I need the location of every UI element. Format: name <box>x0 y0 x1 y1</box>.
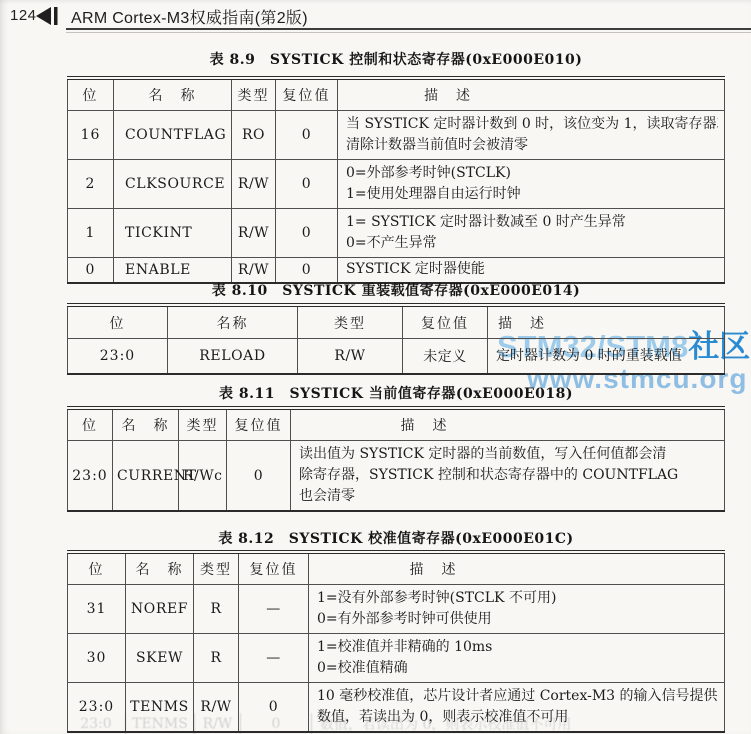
table-row: 1 TICKINT R/W 0 1= SYSTICK 定时器计数减至 0 时产生… <box>68 209 725 258</box>
cell-desc: 当 SYSTICK 定时器计数到 0 时，该位变为 1，读取寄存器或 清除计数器… <box>338 111 725 160</box>
cell-name: RELOAD <box>168 339 298 375</box>
desc-line: 读出值为 SYSTICK 定时器的当前数值，写入任何值都会清 <box>299 444 718 465</box>
desc-line: 0=有外部参考时钟可供使用 <box>317 609 718 630</box>
cell-reset: 0 <box>239 683 309 733</box>
cell-name: SKEW <box>126 634 194 683</box>
cell-reset: — <box>239 585 309 634</box>
table-systick-control-status: 位 名 称 类型 复位值 描 述 16 COUNTFLAG RO 0 当 SYS… <box>67 76 725 284</box>
col-header-desc: 描 述 <box>488 305 725 339</box>
cell-bit: 31 <box>68 585 126 634</box>
cell-type: R/W <box>298 339 403 375</box>
table-header-row: 位 名 称 类型 复位值 描 述 <box>68 552 725 585</box>
table-row: 16 COUNTFLAG RO 0 当 SYSTICK 定时器计数到 0 时，该… <box>68 111 725 160</box>
cell-desc: 0=外部参考时钟(STCLK) 1=使用处理器自由运行时钟 <box>338 160 725 209</box>
cell-bit: 16 <box>68 111 114 160</box>
desc-line: 1= SYSTICK 定时器计数减至 0 时产生异常 <box>346 212 718 233</box>
table-row: 23:0 CURRENT R/Wc 0 读出值为 SYSTICK 定时器的当前数… <box>68 441 725 512</box>
cell-type: R/Wc <box>179 441 227 512</box>
cell-bit: 2 <box>68 160 114 209</box>
cell-desc: 定时器计数为 0 时的重装载值 <box>488 339 725 375</box>
col-header-reset: 复位值 <box>403 305 488 339</box>
col-header-bit: 位 <box>68 78 114 111</box>
table-row: 30 SKEW R — 1=校准值并非精确的 10ms 0=校准值精确 <box>68 634 725 683</box>
cell-type: R/W <box>194 683 239 733</box>
page-marker-icon <box>36 7 60 25</box>
col-header-bit: 位 <box>68 408 113 441</box>
desc-line: 1=使用处理器自由运行时钟 <box>346 184 718 205</box>
col-header-type: 类型 <box>232 78 276 111</box>
col-header-desc: 描 述 <box>291 408 725 441</box>
cell-name: TENMS <box>126 683 194 733</box>
cell-type: R/W <box>232 160 276 209</box>
table-row: 2 CLKSOURCE R/W 0 0=外部参考时钟(STCLK) 1=使用处理… <box>68 160 725 209</box>
cell-reset: 0 <box>227 441 291 512</box>
cell-type: R <box>194 585 239 634</box>
table-systick-calibration: 位 名 称 类型 复位值 描 述 31 NOREF R — 1=没有外部参考时钟… <box>67 550 725 733</box>
table-row: 23:0 RELOAD R/W 未定义 定时器计数为 0 时的重装载值 <box>68 339 725 375</box>
col-header-name: 名称 <box>168 305 298 339</box>
col-header-type: 类型 <box>194 552 239 585</box>
page-number: 124 <box>10 7 37 24</box>
desc-line: 1=没有外部参考时钟(STCLK 不可用) <box>317 588 718 609</box>
desc-line: 0=校准值精确 <box>317 658 718 679</box>
cell-desc: 1=校准值并非精确的 10ms 0=校准值精确 <box>309 634 725 683</box>
book-title: ARM Cortex-M3权威指南(第2版) <box>71 5 308 28</box>
col-header-reset: 复位值 <box>276 78 338 111</box>
desc-line: SYSTICK 定时器使能 <box>346 259 718 280</box>
col-header-bit: 位 <box>68 305 168 339</box>
cell-name: CLKSOURCE <box>114 160 232 209</box>
table-title-8-9: 表 8.9 SYSTICK 控制和状态寄存器(0xE000E010) <box>67 49 725 69</box>
cell-desc: 读出值为 SYSTICK 定时器的当前数值，写入任何值都会清 除寄存器，SYST… <box>291 441 725 512</box>
cell-type: R <box>194 634 239 683</box>
cell-name: COUNTFLAG <box>114 111 232 160</box>
cell-type: R/W <box>232 209 276 258</box>
cell-name: CURRENT <box>113 441 179 512</box>
col-header-name: 名 称 <box>114 78 232 111</box>
cell-reset: 0 <box>276 111 338 160</box>
cell-bit: 23:0 <box>68 339 168 375</box>
table-title-8-10: 表 8.10 SYSTICK 重装载值寄存器(0xE000E014) <box>67 280 725 300</box>
col-header-reset: 复位值 <box>227 408 291 441</box>
cell-reset: 0 <box>276 160 338 209</box>
table-header-row: 位 名 称 类型 复位值 描 述 <box>68 408 725 441</box>
desc-line: 0=外部参考时钟(STCLK) <box>346 163 718 184</box>
desc-line: 除寄存器，SYSTICK 控制和状态寄存器中的 COUNTFLAG <box>299 465 718 486</box>
col-header-bit: 位 <box>68 552 126 585</box>
desc-line: 清除计数器当前值时会被清零 <box>346 135 718 156</box>
desc-line: 10 毫秒校准值，芯片设计者应通过 Cortex-M3 的输入信号提供该 <box>317 686 718 707</box>
col-header-desc: 描 述 <box>309 552 725 585</box>
cell-reset: 未定义 <box>403 339 488 375</box>
desc-line: 1=校准值并非精确的 10ms <box>317 637 718 658</box>
cell-reset: — <box>239 634 309 683</box>
cell-type: RO <box>232 111 276 160</box>
desc-line: 当 SYSTICK 定时器计数到 0 时，该位变为 1，读取寄存器或 <box>346 114 718 135</box>
desc-line: 数值，若读出为 0，则表示校准值不可用 <box>317 707 718 728</box>
col-header-name: 名 称 <box>126 552 194 585</box>
desc-line: 也会清零 <box>299 486 718 507</box>
cell-bit: 23:0 <box>68 441 113 512</box>
col-header-type: 类型 <box>298 305 403 339</box>
table-header-row: 位 名称 类型 复位值 描 述 <box>68 305 725 339</box>
table-systick-current: 位 名 称 类型 复位值 描 述 23:0 CURRENT R/Wc 0 读出值… <box>67 406 725 512</box>
col-header-name: 名 称 <box>113 408 179 441</box>
cell-bit: 1 <box>68 209 114 258</box>
cell-name: TICKINT <box>114 209 232 258</box>
col-header-type: 类型 <box>179 408 227 441</box>
cell-bit: 23:0 <box>68 683 126 733</box>
cell-bit: 30 <box>68 634 126 683</box>
table-title-8-11: 表 8.11 SYSTICK 当前值寄存器(0xE000E018) <box>67 383 725 403</box>
cell-reset: 0 <box>276 209 338 258</box>
cell-desc: 10 毫秒校准值，芯片设计者应通过 Cortex-M3 的输入信号提供该 数值，… <box>309 683 725 733</box>
table-row: 23:0 TENMS R/W 0 10 毫秒校准值，芯片设计者应通过 Corte… <box>68 683 725 733</box>
desc-line: 定时器计数为 0 时的重装载值 <box>496 346 718 367</box>
header-divider <box>66 28 751 30</box>
col-header-reset: 复位值 <box>239 552 309 585</box>
table-systick-reload: 位 名称 类型 复位值 描 述 23:0 RELOAD R/W 未定义 定时器计… <box>67 303 725 375</box>
table-row: 31 NOREF R — 1=没有外部参考时钟(STCLK 不可用) 0=有外部… <box>68 585 725 634</box>
cell-desc: 1= SYSTICK 定时器计数减至 0 时产生异常 0=不产生异常 <box>338 209 725 258</box>
table-title-8-12: 表 8.12 SYSTICK 校准值寄存器(0xE000E01C) <box>67 528 725 548</box>
table-header-row: 位 名 称 类型 复位值 描 述 <box>68 78 725 111</box>
cell-name: NOREF <box>126 585 194 634</box>
col-header-desc: 描 述 <box>338 78 725 111</box>
cell-desc: 1=没有外部参考时钟(STCLK 不可用) 0=有外部参考时钟可供使用 <box>309 585 725 634</box>
desc-line: 0=不产生异常 <box>346 233 718 254</box>
